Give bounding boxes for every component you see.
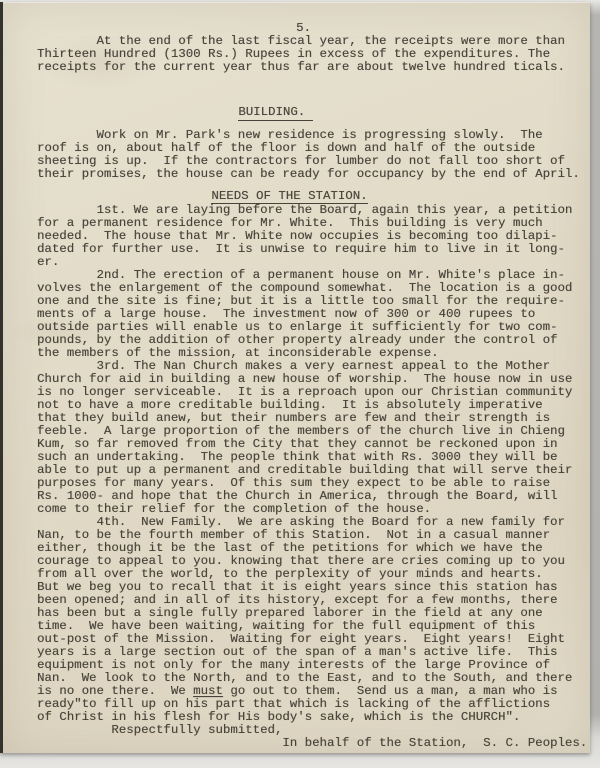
text-line: Work on Mr. Park's new residence is prog…: [37, 129, 590, 142]
section-heading: NEEDS OF THE STATION.: [13, 190, 566, 205]
text-line: dated for further use. It is unwise to r…: [37, 243, 590, 256]
page-number: 5.: [27, 22, 580, 35]
section-heading: BUILDING.: [0, 106, 552, 121]
text-line: receipts for the current year thus far a…: [37, 61, 590, 74]
text-line: sheeting is up. If the contractors for l…: [37, 155, 590, 168]
text-line: roof is on, about half of the floor is d…: [37, 142, 590, 155]
document-page: 5. At the end of the last fiscal year, t…: [0, 2, 590, 753]
text-line: their promises, the house can be ready f…: [37, 168, 590, 181]
emphasized-word: must: [193, 684, 223, 698]
section-heading-text: NEEDS OF THE STATION.: [211, 190, 367, 205]
text-line: In behalf of the Station, S. C. Peoples.: [37, 737, 590, 750]
section-heading-text: BUILDING.: [238, 106, 312, 121]
document-body: 5. At the end of the last fiscal year, t…: [37, 22, 590, 750]
